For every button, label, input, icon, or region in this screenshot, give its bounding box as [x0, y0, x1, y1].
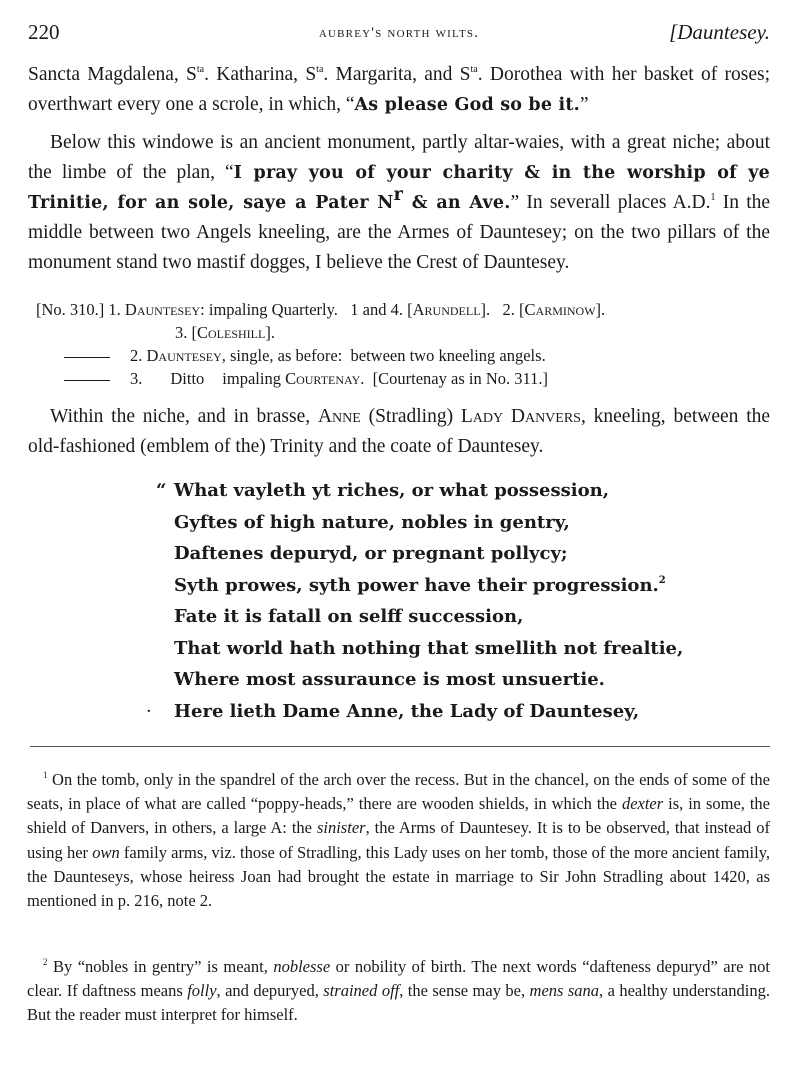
- blackletter-inscription: As please God so be it.: [355, 95, 580, 115]
- heraldry-row: 2. Dauntesey, single, as before: between…: [36, 344, 776, 367]
- text: Within the niche, and in brasse,: [50, 406, 318, 427]
- text: : impaling Quarterly. 1 and 4. [: [200, 300, 412, 319]
- heraldry-row: 3. [Coleshill].: [36, 321, 776, 344]
- margin-mark: ·: [146, 696, 152, 728]
- italic-term: noblesse: [273, 957, 330, 976]
- verse-line: That world hath nothing that smellith no…: [174, 633, 774, 665]
- heraldry-list: [No. 310.] 1. Dauntesey: impaling Quarte…: [36, 298, 776, 390]
- text: Syth prowes, syth power have their progr…: [174, 575, 659, 596]
- footnote-2: 2 By “nobles in gentry” is meant, nobles…: [27, 955, 770, 1028]
- text: family arms, viz. those of Stradling, th…: [27, 843, 770, 910]
- text: (Stradling): [361, 406, 461, 427]
- arms-name: Arundell: [413, 300, 481, 319]
- italic-term: strained off: [323, 981, 399, 1000]
- text: , the sense may be,: [399, 981, 529, 1000]
- footnote-divider: [30, 746, 770, 747]
- ditto-dash: [64, 380, 110, 381]
- text: By “nobles in gentry” is meant,: [48, 957, 274, 976]
- person-name: Lady Danvers: [461, 406, 581, 427]
- verse-line: Daftenes depuryd, or pregnant pollycy;: [174, 538, 774, 570]
- arms-name: Dauntesey: [125, 300, 200, 319]
- italic-term: mens sana: [530, 981, 600, 1000]
- text: ” In severall places A.D.: [511, 192, 711, 213]
- text: ”: [580, 94, 589, 115]
- verse-line: Syth prowes, syth power have their progr…: [174, 570, 774, 602]
- italic-term: own: [92, 843, 120, 862]
- text: 3. [: [175, 323, 197, 342]
- text: impaling: [222, 369, 285, 388]
- item-number: 3.: [130, 369, 142, 388]
- verse-line: ·Here lieth Dame Anne, the Lady of Daunt…: [174, 696, 774, 728]
- catalogue-number: [No. 310.]: [36, 300, 104, 319]
- text: ].: [265, 323, 275, 342]
- text: 1.: [104, 300, 125, 319]
- text: Sancta Magdalena, S: [28, 64, 197, 85]
- italic-term: dexter: [622, 794, 663, 813]
- footnote-ref-2[interactable]: 2: [659, 575, 666, 586]
- item-number: 2.: [130, 346, 147, 365]
- blackletter-inscription: & an Ave.: [403, 193, 510, 213]
- person-name: Anne: [318, 406, 361, 427]
- blackletter-verse: “What vayleth yt riches, or what possess…: [174, 475, 774, 727]
- text: Here lieth Dame Anne, the Lady of Daunte…: [174, 701, 639, 722]
- arms-name: Dauntesey: [147, 346, 222, 365]
- section-title: [Dauntesey.: [669, 20, 770, 45]
- paragraph-saints-window: Sancta Magdalena, Sta. Katharina, Sta. M…: [28, 60, 770, 120]
- verse-line: Fate it is fatall on selff succession,: [174, 601, 774, 633]
- book-page: 220 AUBREY'S NORTH WILTS. [Dauntesey. Sa…: [0, 0, 800, 1086]
- running-title: AUBREY'S NORTH WILTS.: [28, 25, 770, 42]
- text: , single, as before: between two kneelin…: [222, 346, 546, 365]
- heraldry-row: [No. 310.] 1. Dauntesey: impaling Quarte…: [36, 298, 776, 321]
- text: ].: [596, 300, 606, 319]
- ditto-dash: [64, 357, 110, 358]
- text: . Katharina, S: [204, 64, 316, 85]
- text: , and depuryed,: [217, 981, 324, 1000]
- superscript: ta: [471, 64, 478, 75]
- verse-line: Gyftes of high nature, nobles in gentry,: [174, 507, 774, 539]
- open-quote: “: [156, 475, 166, 507]
- italic-term: folly: [187, 981, 216, 1000]
- italic-term: sinister: [317, 818, 366, 837]
- arms-name: Carminow: [525, 300, 596, 319]
- paragraph-brass: Within the niche, and in brasse, Anne (S…: [28, 402, 770, 462]
- text: What vayleth yt riches, or what possessi…: [174, 480, 609, 501]
- text: . Margarita, and S: [323, 64, 470, 85]
- verse-line: Where most assuraunce is most unsuertie.: [174, 664, 774, 696]
- page-header: 220 AUBREY'S NORTH WILTS. [Dauntesey.: [28, 20, 770, 50]
- heraldry-row: 3.Dittoimpaling Courtenay. [Courtenay as…: [36, 367, 776, 390]
- text: ]. 2. [: [481, 300, 525, 319]
- arms-name: Courtenay: [285, 369, 360, 388]
- arms-name: Coleshill: [197, 323, 265, 342]
- verse-line: “What vayleth yt riches, or what possess…: [174, 475, 774, 507]
- text: . [Courtenay as in No. 311.]: [360, 369, 548, 388]
- footnote-1: 1 On the tomb, only in the spandrel of t…: [27, 768, 770, 913]
- superscript: r: [394, 185, 403, 205]
- text: Ditto: [170, 369, 204, 388]
- paragraph-monument: Below this windowe is an ancient monumen…: [28, 128, 770, 278]
